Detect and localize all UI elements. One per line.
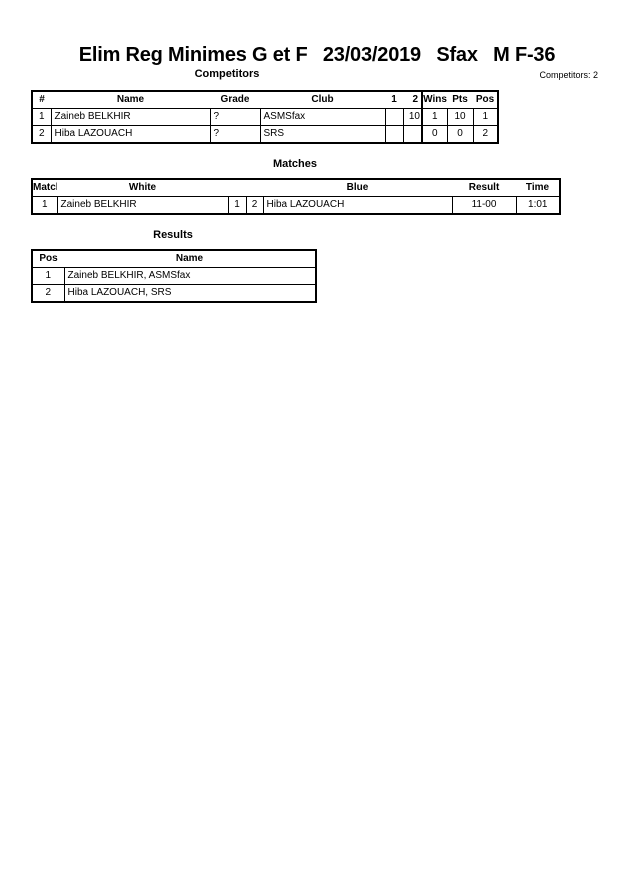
matches-heading: Matches — [235, 158, 355, 170]
results-heading: Results — [113, 229, 233, 241]
cell-name: Zaineb BELKHIR, ASMSfax — [64, 268, 316, 285]
cell-blue: Hiba LAZOUACH — [263, 197, 452, 215]
cell-result: 11-00 — [452, 197, 516, 215]
cell-pos: 1 — [32, 268, 64, 285]
cell-white-score: 1 — [228, 197, 246, 215]
table-row: 2 Hiba LAZOUACH, SRS — [32, 285, 316, 303]
col-pos: Pos — [32, 250, 64, 268]
results-table: Pos Name 1 Zaineb BELKHIR, ASMSfax 2 Hib… — [31, 249, 317, 303]
cell-wins: 0 — [422, 126, 447, 144]
col-blue: Blue — [263, 179, 452, 197]
cell-blue-score: 2 — [246, 197, 263, 215]
col-name: Name — [51, 91, 210, 109]
event-date: 23/03/2019 — [323, 44, 421, 66]
cell-score-1 — [385, 109, 403, 126]
cell-score-1 — [385, 126, 403, 144]
competitors-table: # Name Grade Club 1 2 Wins Pts Pos 1 Zai… — [31, 90, 499, 144]
cell-wins: 1 — [422, 109, 447, 126]
cell-grade: ? — [210, 126, 260, 144]
col-num: # — [32, 91, 51, 109]
table-row: 1 Zaineb BELKHIR, ASMSfax — [32, 268, 316, 285]
col-score-1: 1 — [385, 91, 403, 109]
page-title: Elim Reg Minimes G et F 23/03/2019 Sfax … — [0, 44, 630, 67]
col-white: White — [57, 179, 228, 197]
cell-white: Zaineb BELKHIR — [57, 197, 228, 215]
cell-club: ASMSfax — [260, 109, 385, 126]
cell-pos: 1 — [473, 109, 498, 126]
col-name: Name — [64, 250, 316, 268]
matches-table: Match White Blue Result Time 1 Zaineb BE… — [31, 178, 561, 215]
col-pts: Pts — [447, 91, 473, 109]
col-club: Club — [260, 91, 385, 109]
table-row: 1 Zaineb BELKHIR 1 2 Hiba LAZOUACH 11-00… — [32, 197, 560, 215]
competitors-heading: Competitors — [167, 68, 287, 80]
cell-pos: 2 — [473, 126, 498, 144]
col-match: Match — [32, 179, 57, 197]
col-grade: Grade — [210, 91, 260, 109]
col-white-score — [228, 179, 246, 197]
cell-num: 2 — [32, 126, 51, 144]
table-header-row: Match White Blue Result Time — [32, 179, 560, 197]
cell-pts: 10 — [447, 109, 473, 126]
table-header-row: # Name Grade Club 1 2 Wins Pts Pos — [32, 91, 498, 109]
table-header-row: Pos Name — [32, 250, 316, 268]
col-wins: Wins — [422, 91, 447, 109]
table-row: 1 Zaineb BELKHIR ? ASMSfax 10 1 10 1 — [32, 109, 498, 126]
cell-num: 1 — [32, 109, 51, 126]
cell-match: 1 — [32, 197, 57, 215]
cell-name: Zaineb BELKHIR — [51, 109, 210, 126]
event-location: Sfax — [436, 44, 477, 66]
col-result: Result — [452, 179, 516, 197]
col-time: Time — [516, 179, 560, 197]
event-category: M F-36 — [493, 44, 555, 66]
cell-score-2: 10 — [403, 109, 422, 126]
col-blue-score — [246, 179, 263, 197]
col-pos: Pos — [473, 91, 498, 109]
cell-pts: 0 — [447, 126, 473, 144]
table-row: 2 Hiba LAZOUACH ? SRS 0 0 2 — [32, 126, 498, 144]
cell-name: Hiba LAZOUACH, SRS — [64, 285, 316, 303]
competitors-count: Competitors: 2 — [539, 70, 598, 80]
cell-score-2 — [403, 126, 422, 144]
col-score-2: 2 — [403, 91, 422, 109]
cell-time: 1:01 — [516, 197, 560, 215]
cell-club: SRS — [260, 126, 385, 144]
cell-grade: ? — [210, 109, 260, 126]
cell-pos: 2 — [32, 285, 64, 303]
cell-name: Hiba LAZOUACH — [51, 126, 210, 144]
event-name: Elim Reg Minimes G et F — [79, 44, 308, 66]
